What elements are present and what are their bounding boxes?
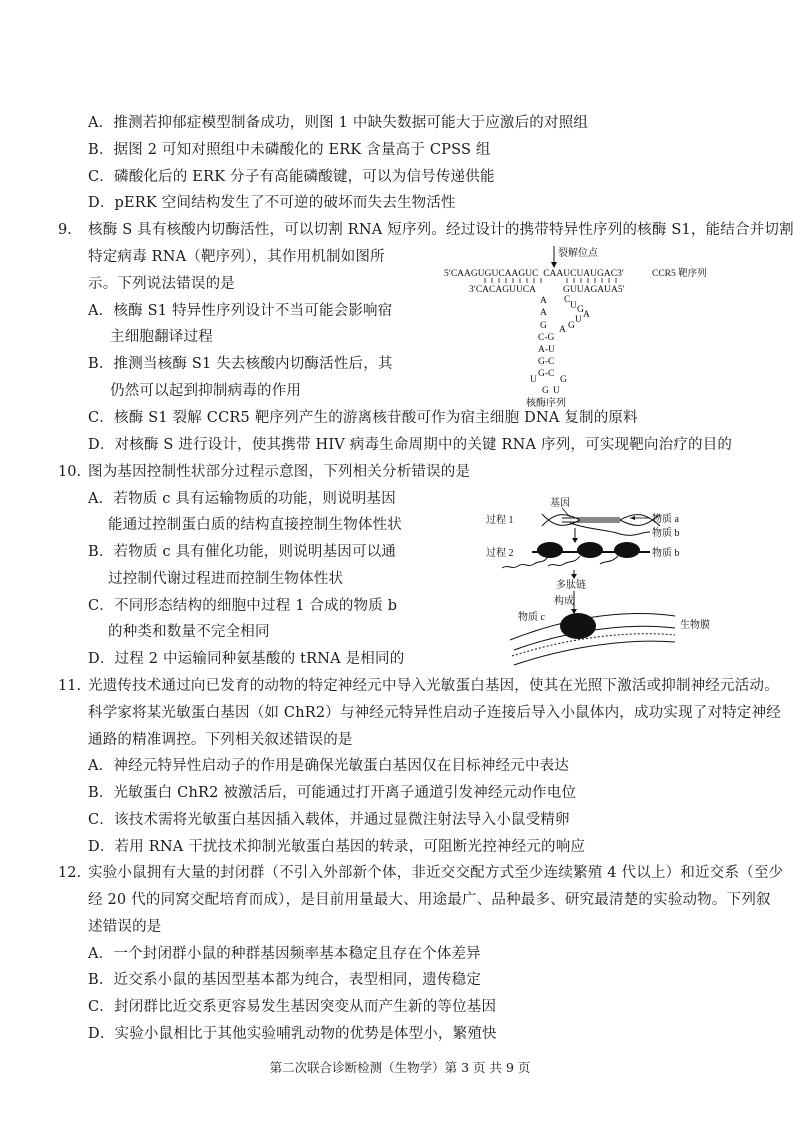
q9-option-b-cont: 仍然可以起到抑制病毒的作用 [110,381,301,401]
q9-option-c: C．核酶 S1 裂解 CCR5 靶序列产生的游离核苷酸可作为宿主细胞 DNA 复… [88,408,638,428]
svg-text:C-G: C-G [538,333,555,343]
q11-stem-line-2: 科学家将某光敏蛋白基因（如 ChR2）与神经元特异性启动子连接后导入小鼠体内，成… [88,703,781,723]
svg-text:生物膜: 生物膜 [680,618,710,631]
q12-option-a: A．一个封闭群小鼠的种群基因频率基本稳定且存在个体差异 [88,944,481,964]
q8-option-d: D．pERK 空间结构发生了不可逆的破坏而失去生物活性 [88,193,456,213]
q12-stem-line-1: 实验小鼠拥有大量的封闭群（不引入外部新个体，非近交交配方式至少连续繁殖 4 代以… [88,863,783,883]
gene-expression-figure: 基因 过程 1 物质 a 物质 b 过程 2 物质 b 多肽链 构成 物质 c … [470,490,730,670]
svg-text:基因: 基因 [550,496,570,509]
q9-stem-line-2: 特定病毒 RNA（靶序列），其作用机制如图所 [88,247,385,267]
q8-option-c: C．磷酸化后的 ERK 分子有高能磷酸键，可以为信号传递供能 [88,167,495,187]
q11-option-b: B．光敏蛋白 ChR2 被激活后，可能通过打开离子通道引发神经元动作电位 [88,783,576,803]
svg-text:A: A [540,308,547,318]
q12-option-b: B．近交系小鼠的基因型基本都为纯合，表型相同，遗传稳定 [88,970,481,990]
ribozyme-left-arm: 3′CACAGUUCA [469,285,536,295]
q9-option-d: D．对核酶 S 进行设计，使其携带 HIV 病毒生命周期中的关键 RNA 序列，… [88,435,732,455]
svg-text:U: U [575,315,582,325]
q10-option-c-cont: 的种类和数量不完全相同 [108,622,270,642]
q10-stem: 图为基因控制性状部分过程示意图，下列相关分析错误的是 [88,462,470,482]
q10-option-c: C．不同形态结构的细胞中过程 1 合成的物质 b [88,596,397,616]
svg-text:物质 b: 物质 b [652,526,680,539]
q10-number: 10. [58,462,81,482]
q12-number: 12. [58,863,81,883]
svg-text:G-C: G-C [538,357,554,367]
ribozyme-right-arm: GUUAGAUA5′ [563,285,625,295]
q11-number: 11. [58,676,81,696]
q11-option-d: D．若用 RNA 干扰技术抑制光敏蛋白基因的转录，可阻断光控神经元的响应 [88,837,585,857]
svg-text:G: G [540,321,547,331]
q9-stem-line-3: 示。下列说法错误的是 [88,274,235,294]
svg-text:U: U [570,301,577,311]
ribozyme-sequence-label: 核酶序列 [526,396,566,409]
ribozyme-figure: 裂解位点 5′CAAGUGUCAAGUC CAAUCUAUGAC3′ CCR5 … [420,240,720,410]
q9-stem-line-1: 核酶 S 具有核酸内切酶活性，可以切割 RNA 短序列。经过设计的携带特异性序列… [88,220,794,240]
svg-text:G: G [560,375,567,385]
q9-option-a-cont: 主细胞翻译过程 [110,327,213,347]
svg-text:U: U [553,386,560,396]
svg-text:U: U [530,375,537,385]
svg-text:过程 2: 过程 2 [486,546,514,559]
svg-text:物质 a: 物质 a [652,512,680,525]
target-strand: 5′CAAGUGUCAAGUC CAAUCUAUGAC3′ [444,269,624,279]
q10-option-a: A．若物质 c 具有运输物质的功能，则说明基因 [88,489,396,509]
svg-text:G: G [542,386,549,396]
svg-text:G: G [568,321,575,331]
q10-option-a-cont: 能通过控制蛋白质的结构直接控制生物体性状 [108,515,402,535]
q9-number: 9. [58,220,72,240]
svg-text:A: A [540,296,547,306]
q10-option-b: B．若物质 c 具有催化功能，则说明基因可以通 [88,542,396,562]
q11-stem-line-1: 光遗传技术通过向已发育的动物的特定神经元中导入光敏蛋白基因，使其在光照下激活或抑… [88,676,779,696]
svg-text:多肽链: 多肽链 [556,578,586,591]
ccr5-target-label: CCR5 靶序列 [652,267,707,279]
svg-text:物质 c: 物质 c [518,610,546,623]
svg-text:过程 1: 过程 1 [486,513,514,526]
q8-option-b: B．据图 2 可知对照组中未磷酸化的 ERK 含量高于 CPSS 组 [88,140,491,160]
q12-stem-line-2: 经 20 代的同窝交配培育而成），是目前用量最大、用途最广、品种最多、研究最清楚… [88,890,771,910]
q11-stem-line-3: 通路的精准调控。下列相关叙述错误的是 [88,730,353,750]
svg-text:A-U: A-U [538,345,555,355]
q12-stem-line-3: 述错误的是 [88,917,162,937]
svg-text:A: A [559,325,566,335]
q12-option-d: D．实验小鼠相比于其他实验哺乳动物的优势是体型小，繁殖快 [88,1024,497,1044]
q10-option-b-cont: 过控制代谢过程进而控制生物体性状 [108,569,343,589]
q9-option-b: B．推测当核酶 S1 失去核酸内切酶活性后，其 [88,354,393,374]
cleavage-site-label: 裂解位点 [558,246,599,259]
page-footer: 第二次联合诊断检测（生物学）第 3 页 共 9 页 [0,1058,800,1076]
q11-option-a: A．神经元特异性启动子的作用是确保光敏蛋白基因仅在目标神经元中表达 [88,756,569,776]
q12-option-c: C．封闭群比近交系更容易发生基因突变从而产生新的等位基因 [88,997,496,1017]
svg-text:G-C: G-C [538,369,554,379]
q11-option-c: C．该技术需将光敏蛋白基因插入载体，并通过显微注射法导入小鼠受精卵 [88,810,570,830]
q10-option-d: D．过程 2 中运输同种氨基酸的 tRNA 是相同的 [88,649,404,669]
q8-option-a: A．推测若抑郁症模型制备成功，则图 1 中缺失数据可能大于应激后的对照组 [88,113,588,133]
svg-text:物质 b: 物质 b [652,546,680,559]
q9-option-a: A．核酶 S1 特异性序列设计不当可能会影响宿 [88,301,392,321]
svg-text:构成: 构成 [554,594,574,607]
svg-text:A: A [583,310,590,320]
